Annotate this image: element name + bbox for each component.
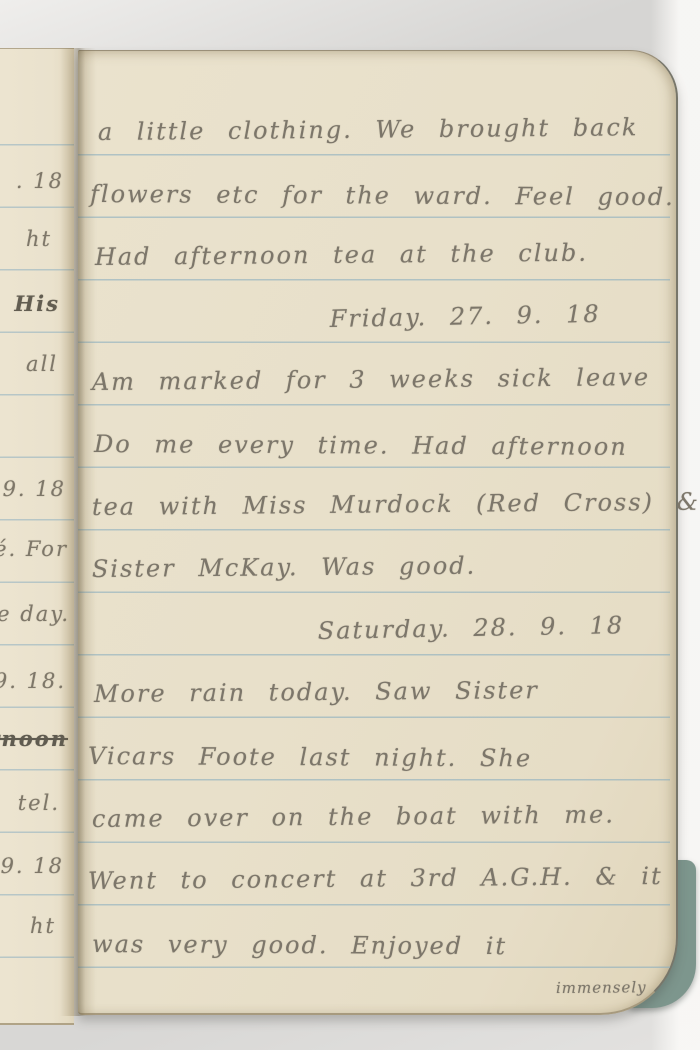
text-fragment: . 18 — [16, 169, 64, 193]
notebook-page: a little clothing. We brought back flowe… — [78, 50, 678, 1015]
diary-line: was very good. Enjoyed it — [92, 930, 507, 960]
text-fragment: 9. 18 — [3, 477, 66, 501]
text-fragment: e day. — [0, 602, 70, 626]
text-fragment: 9. 18. — [0, 669, 66, 693]
diary-date-line: Saturday. 28. 9. 18 — [317, 611, 624, 645]
text-fragment: tel. — [18, 791, 60, 815]
diary-line: flowers etc for the ward. Feel good. — [90, 180, 675, 211]
diary-line: Had afternoon tea at the club. — [95, 239, 588, 271]
diary-line: Went to concert at 3rd A.G.H. & it — [88, 862, 663, 895]
diary-date-line: Friday. 27. 9. 18 — [329, 300, 600, 333]
text-fragment: His — [14, 291, 60, 316]
diary-line: came over on the boat with me. — [92, 800, 615, 833]
text-fragment-struck: rnoon — [0, 726, 68, 751]
diary-line: Do me every time. Had afternoon — [94, 430, 628, 461]
diary-scan: . 18 ht His all 9. 18 é. For e day. 9. 1… — [0, 0, 700, 1050]
diary-line: tea with Miss Murdock (Red Cross) & — [92, 488, 700, 521]
diary-line: a little clothing. We brought back — [98, 113, 639, 146]
diary-annotation: immensely — [556, 978, 647, 997]
diary-line: More rain today. Saw Sister — [94, 676, 539, 708]
diary-line: Sister McKay. Was good. — [92, 552, 477, 583]
text-fragment: ht — [26, 227, 52, 251]
text-fragment: é. For — [0, 537, 68, 561]
diary-line: Am marked for 3 weeks sick leave — [92, 363, 651, 396]
text-fragment: all — [26, 352, 58, 376]
diary-line: Vicars Foote last night. She — [88, 742, 532, 772]
text-fragment: 9. 18 — [1, 854, 64, 878]
previous-page-edge: . 18 ht His all 9. 18 é. For e day. 9. 1… — [0, 48, 74, 1025]
text-fragment: ht — [30, 914, 56, 938]
